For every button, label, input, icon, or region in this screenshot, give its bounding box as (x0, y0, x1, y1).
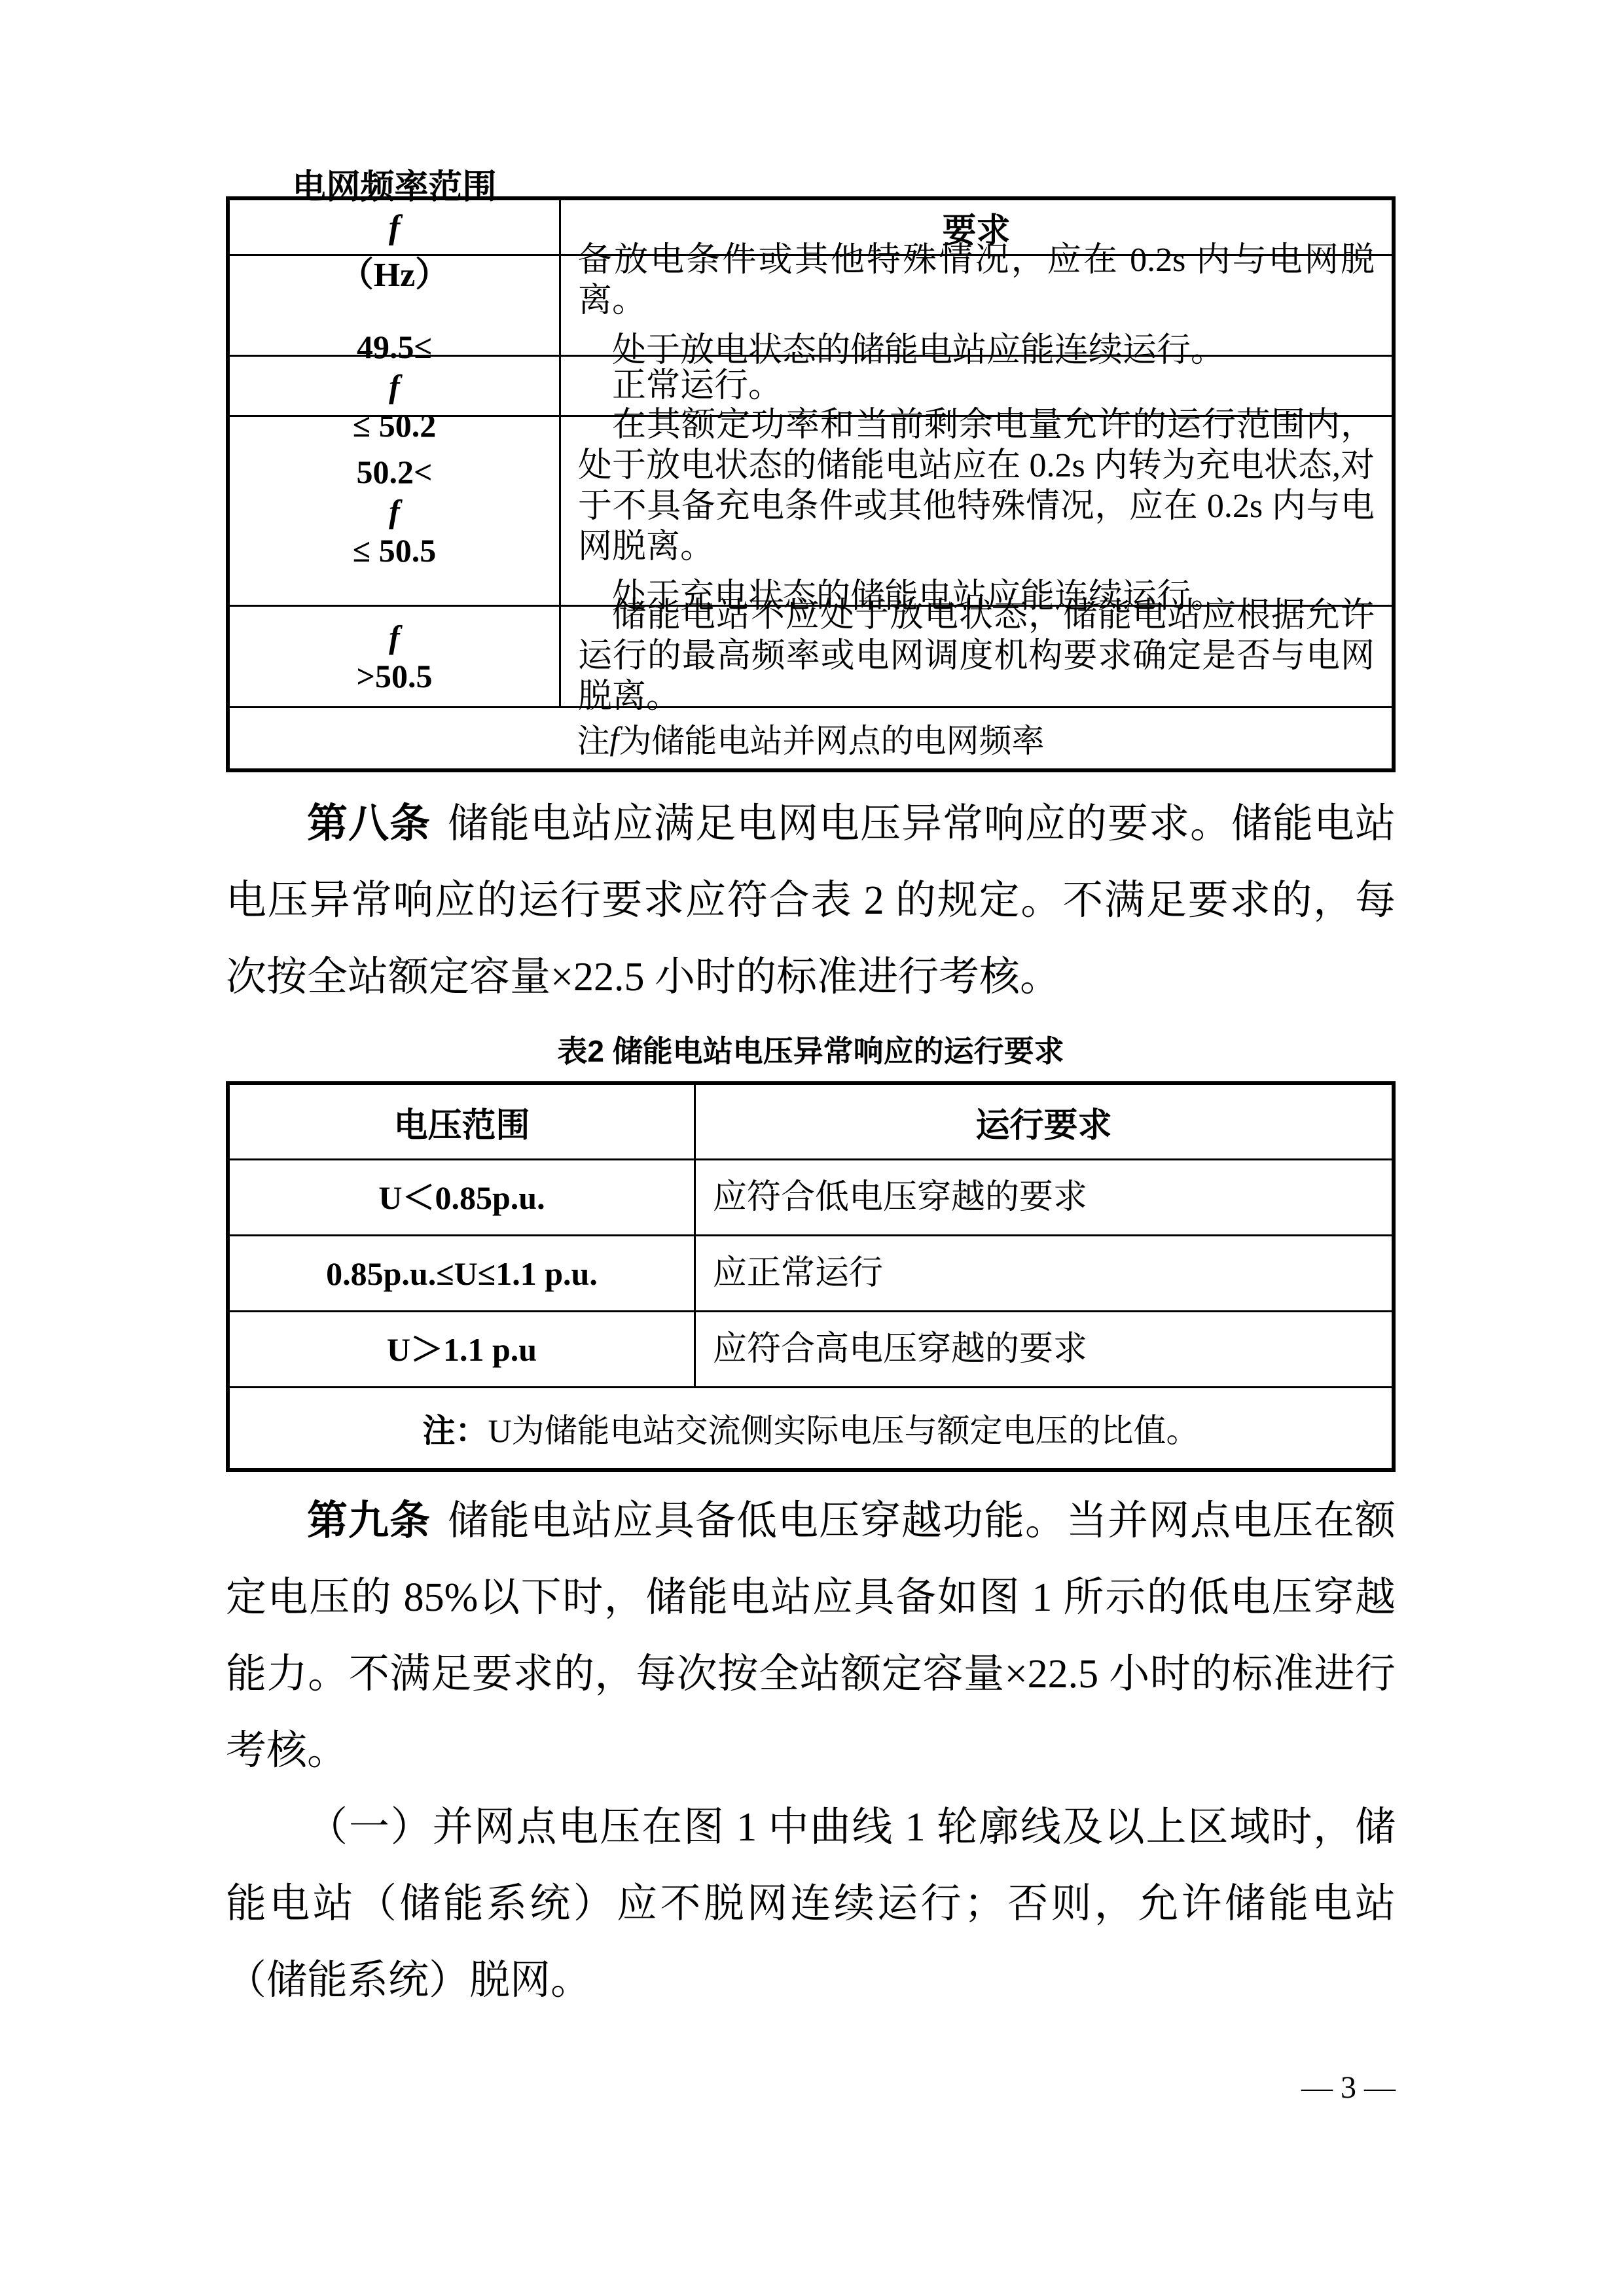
requirement-paragraph: 储能电站不应处于放电状态，储能电站应根据允许运行的最高频率或电网调度机构要求确定… (578, 596, 1375, 717)
table-note-row: 注f为储能电站并网点的电网频率 (230, 708, 1392, 768)
frequency-symbol: f (389, 208, 400, 247)
note-text: U为储能电站交流侧实际电压与额定电压的比值。 (488, 1405, 1199, 1452)
frequency-header-text: 电网频率范围 (292, 159, 496, 208)
text-column: 电网频率范围f（Hz） 要求 备放电条件或其他特殊情况，应在 0.2s 内与电网… (226, 196, 1396, 2019)
cell-operation-requirement: 应符合高电压穿越的要求 (696, 1312, 1392, 1386)
operation-header-text: 运行要求 (713, 1098, 1375, 1147)
cell-requirement: 储能电站不应处于放电状态，储能电站应根据允许运行的最高频率或电网调度机构要求确定… (561, 607, 1392, 706)
range-text: ≤ 50.5 (353, 531, 436, 570)
table-note: 注f为储能电站并网点的电网频率 (230, 708, 1392, 768)
article-9-label: 第九条 (307, 1498, 431, 1543)
range-text: >50.5 (357, 656, 433, 696)
table-row: f>50.5 储能电站不应处于放电状态，储能电站应根据允许运行的最高频率或电网调… (230, 607, 1392, 708)
item-1-paragraph: （一）并网点电压在图 1 中曲线 1 轮廓线及以上区域时，储能电站（储能系统）应… (226, 1789, 1396, 2019)
table-note-row: 注：U为储能电站交流侧实际电压与额定电压的比值。 (230, 1388, 1392, 1468)
cell-requirement: 在其额定功率和当前剩余电量允许的运行范围内，处于放电状态的储能电站应在 0.2s… (561, 417, 1392, 605)
cell-frequency-range-header: 电网频率范围f（Hz） (230, 200, 561, 254)
voltage-response-table: 电压范围 运行要求 U＜0.85p.u. 应符合低电压穿越的要求 0.85p.u… (226, 1081, 1396, 1472)
cell-operation-requirement: 应符合低电压穿越的要求 (696, 1160, 1392, 1234)
cell-voltage-range: U＞1.1 p.u (230, 1312, 696, 1386)
note-text: 注 (577, 715, 610, 762)
article-8-label: 第八条 (307, 801, 431, 846)
cell-voltage-range: 0.85p.u.≤U≤1.1 p.u. (230, 1236, 696, 1310)
cell-frequency-range: 49.5≤f≤ 50.2 (230, 357, 561, 415)
cell-voltage-range-header: 电压范围 (230, 1085, 696, 1158)
cell-operation-requirement: 应正常运行 (696, 1236, 1392, 1310)
note-text: 为储能电站并网点的电网频率 (619, 715, 1044, 762)
table-row: U＞1.1 p.u 应符合高电压穿越的要求 (230, 1312, 1392, 1388)
table-2-caption: 表2 储能电站电压异常响应的运行要求 (226, 1031, 1396, 1071)
frequency-symbol: f (389, 367, 400, 406)
requirement-line: 正常运行。 (578, 366, 1375, 406)
cell-requirement: 备放电条件或其他特殊情况，应在 0.2s 内与电网脱离。 处于放电状态的储能电站… (561, 256, 1392, 355)
table-row: 0.85p.u.≤U≤1.1 p.u. 应正常运行 (230, 1236, 1392, 1312)
operation-text: 应符合低电压穿越的要求 (713, 1177, 1375, 1218)
frequency-symbol: f (389, 617, 400, 656)
operation-text: 应符合高电压穿越的要求 (713, 1329, 1375, 1370)
requirement-line: 备放电条件或其他特殊情况，应在 0.2s 内与电网脱离。 (578, 240, 1375, 321)
requirement-paragraph: 在其额定功率和当前剩余电量允许的运行范围内，处于放电状态的储能电站应在 0.2s… (578, 405, 1375, 567)
frequency-symbol: f (389, 492, 400, 531)
table-row: U＜0.85p.u. 应符合低电压穿越的要求 (230, 1160, 1392, 1236)
document-page: 电网频率范围f（Hz） 要求 备放电条件或其他特殊情况，应在 0.2s 内与电网… (0, 0, 1624, 2296)
note-label: 注： (422, 1405, 488, 1452)
table-note: 注：U为储能电站交流侧实际电压与额定电压的比值。 (230, 1388, 1392, 1468)
frequency-symbol: f (610, 719, 619, 757)
cell-voltage-range: U＜0.85p.u. (230, 1160, 696, 1234)
cell-operation-header: 运行要求 (696, 1085, 1392, 1158)
range-text: 49.5≤ (357, 327, 432, 367)
operation-text: 应正常运行 (713, 1253, 1375, 1294)
range-text: 50.2< (357, 452, 433, 492)
table-row-header: 电压范围 运行要求 (230, 1085, 1392, 1160)
cell-frequency-range: 50.2<f≤ 50.5 (230, 417, 561, 605)
article-8-paragraph: 第八条储能电站应满足电网电压异常响应的要求。储能电站电压异常响应的运行要求应符合… (226, 785, 1396, 1016)
article-9-paragraph: 第九条储能电站应具备低电压穿越功能。当并网点电压在额定电压的 85%以下时，储能… (226, 1482, 1396, 1789)
grid-frequency-table: 电网频率范围f（Hz） 要求 备放电条件或其他特殊情况，应在 0.2s 内与电网… (226, 196, 1396, 772)
table-row: 50.2<f≤ 50.5 在其额定功率和当前剩余电量允许的运行范围内，处于放电状… (230, 417, 1392, 607)
page-number: — 3 — (226, 2068, 1396, 2108)
cell-frequency-range: f>50.5 (230, 607, 561, 706)
